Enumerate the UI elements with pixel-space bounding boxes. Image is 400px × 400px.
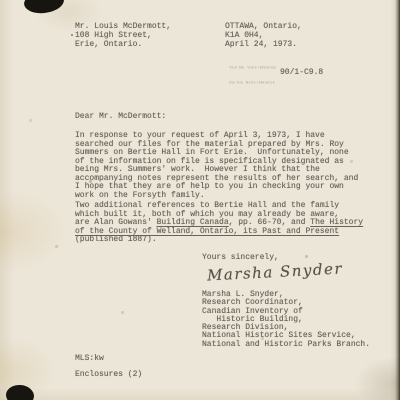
file-reference-number: 90/1-C9.8 — [280, 69, 323, 78]
paper-speckles — [0, 0, 1, 1]
scanned-letter-page: Mr. Louis McDermott,108 High Street,Erie… — [0, 0, 400, 400]
punch-hole-mark-bottom-icon — [5, 384, 35, 400]
scan-edge-shadow — [395, 0, 400, 400]
text-line: April 24, 1973. — [225, 40, 302, 49]
paragraph-2: Two additional references to Bertie Hall… — [75, 202, 363, 245]
sender-city-date-block: OTTAWA, Ontario,K1A 0H4,April 24, 1973. — [225, 22, 302, 50]
punch-hole-mark-top-icon — [23, 0, 65, 15]
text-line: Mr. Louis McDermott, — [75, 22, 171, 31]
text-line: (published 1887). — [75, 236, 363, 245]
text-line: National and Historic Parks Branch. — [202, 341, 370, 349]
our-file-label-text: Our file Notre référence — [229, 81, 275, 84]
handwritten-signature: Marsha Snyder — [207, 261, 344, 283]
stray-ink-dot — [71, 34, 73, 36]
paragraph-1: In response to your request of April 3, … — [75, 132, 358, 200]
typist-initials: MLS:kw — [75, 355, 104, 364]
typed-signature-block: Marsha L. Snyder,Research Coordinator,Ca… — [202, 291, 370, 349]
enclosures-note: Enclosures (2) — [75, 371, 142, 380]
text-line: work on the Forsyth family. — [75, 192, 358, 201]
text-segment: (published 1887). — [75, 235, 157, 244]
text-line: Erie, Ontario. — [75, 40, 171, 49]
your-file-label-text: Your file Votre référence — [229, 66, 276, 69]
text-line: OTTAWA, Ontario, — [225, 22, 302, 31]
recipient-address: Mr. Louis McDermott,108 High Street,Erie… — [75, 22, 171, 50]
text-line: 108 High Street, — [75, 31, 171, 40]
salutation: Dear Mr. McDermott: — [75, 113, 166, 122]
text-line: K1A 0H4, — [225, 31, 302, 40]
closing-phrase: Yours sincerely, — [202, 254, 279, 263]
text-segment: work on the Forsyth family. — [75, 191, 205, 200]
